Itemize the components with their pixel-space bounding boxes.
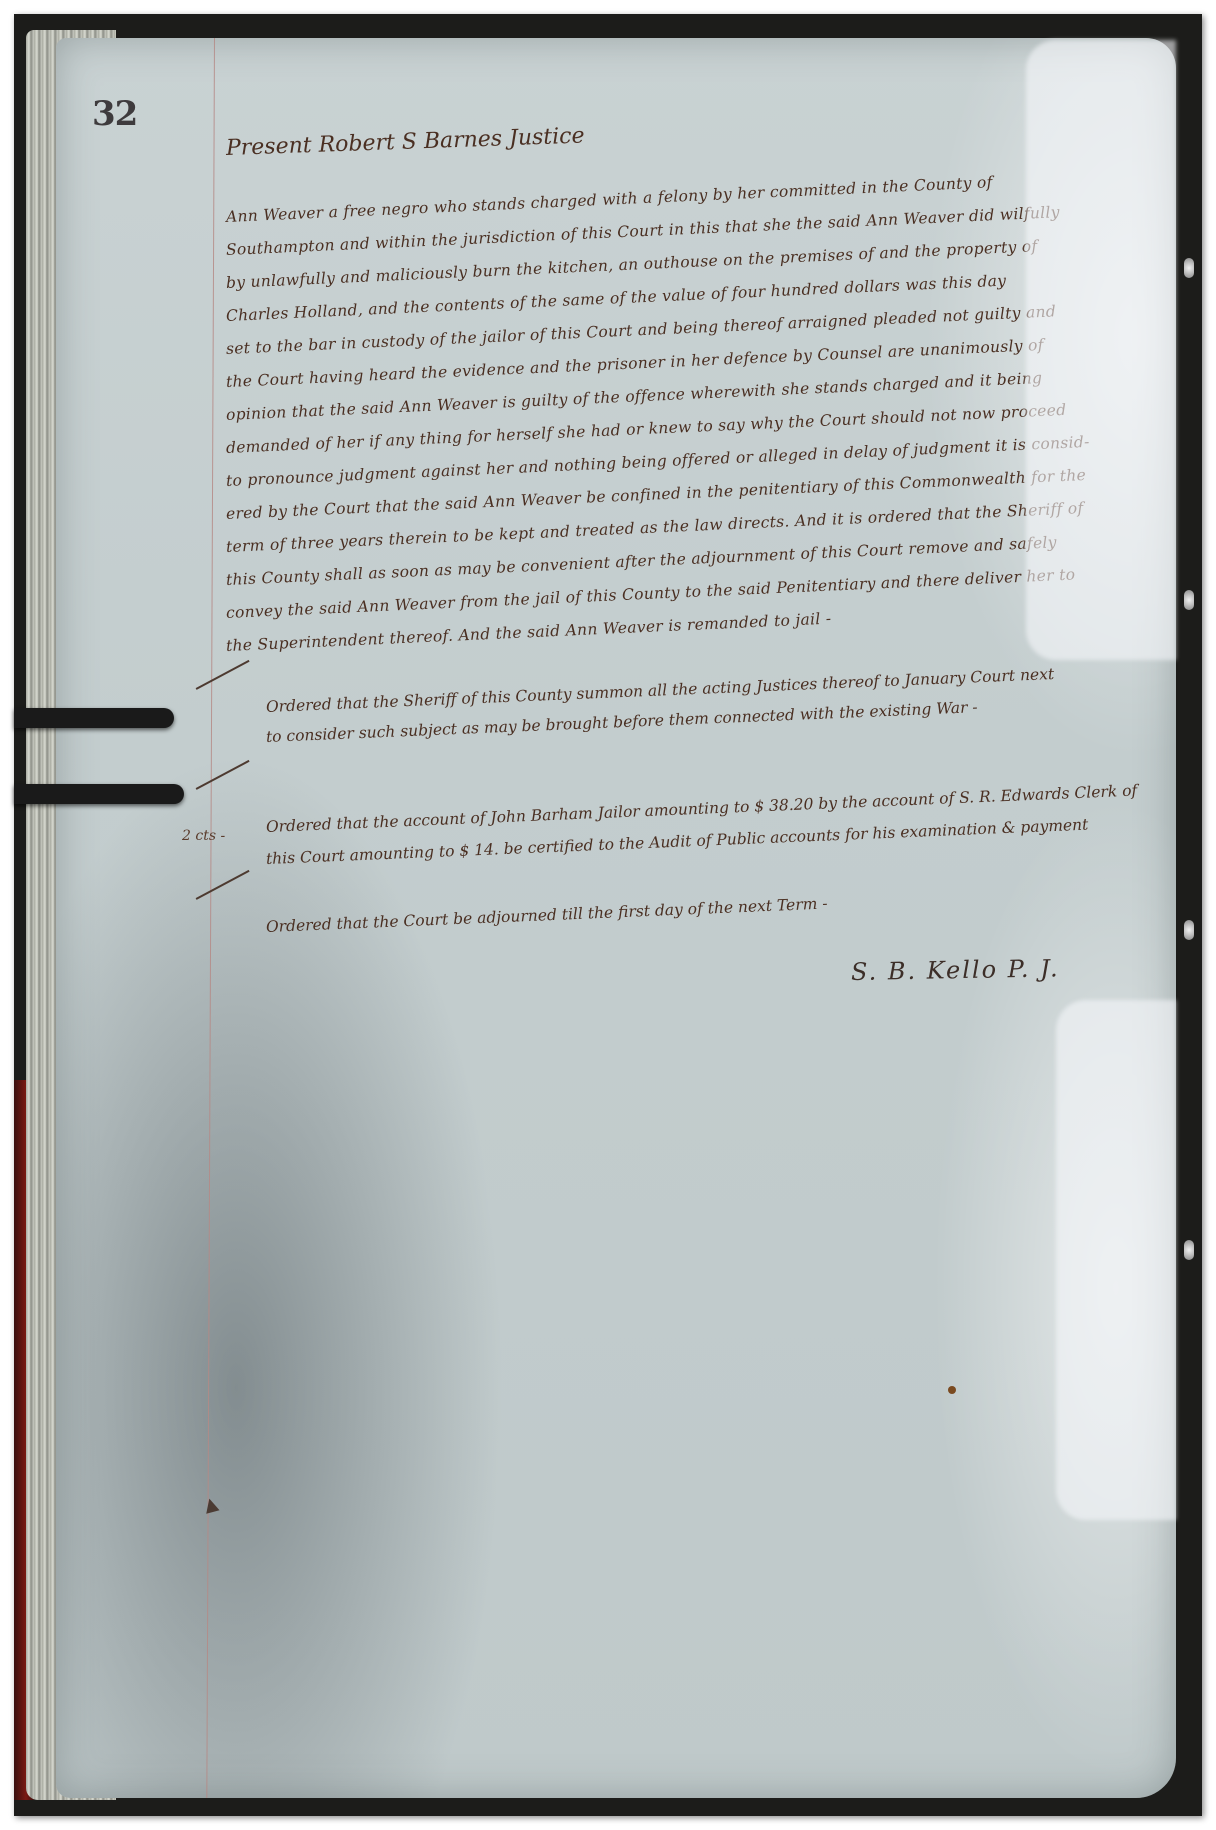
margin-note: 2 cts - <box>182 828 225 844</box>
court-heading: Present Robert S Barnes Justice <box>226 123 585 161</box>
entry-tick-mark <box>196 660 250 689</box>
binder-hole <box>1184 1240 1194 1260</box>
binder-ring <box>14 784 184 804</box>
margin-rule <box>206 38 215 1798</box>
binder-hole <box>1184 920 1194 940</box>
plastic-sleeve-glare <box>1056 1000 1176 1520</box>
page-number: 32 <box>92 94 137 134</box>
order-line: Ordered that the Court be adjourned till… <box>266 894 828 936</box>
presiding-justice-signature: S. B. Kello P. J. <box>851 954 1060 986</box>
entry-tick-mark <box>196 760 250 789</box>
binder-hole <box>1184 590 1194 610</box>
binder-hole <box>1184 258 1194 278</box>
corner-mark: ▲ <box>202 1493 221 1517</box>
binder-ring <box>14 708 174 728</box>
ledger-page: 32 Present Robert S Barnes Justice Ann W… <box>56 38 1176 1798</box>
plastic-sleeve-glare <box>1026 40 1176 660</box>
entry-tick-mark <box>196 870 250 899</box>
ink-stain <box>948 1386 956 1394</box>
